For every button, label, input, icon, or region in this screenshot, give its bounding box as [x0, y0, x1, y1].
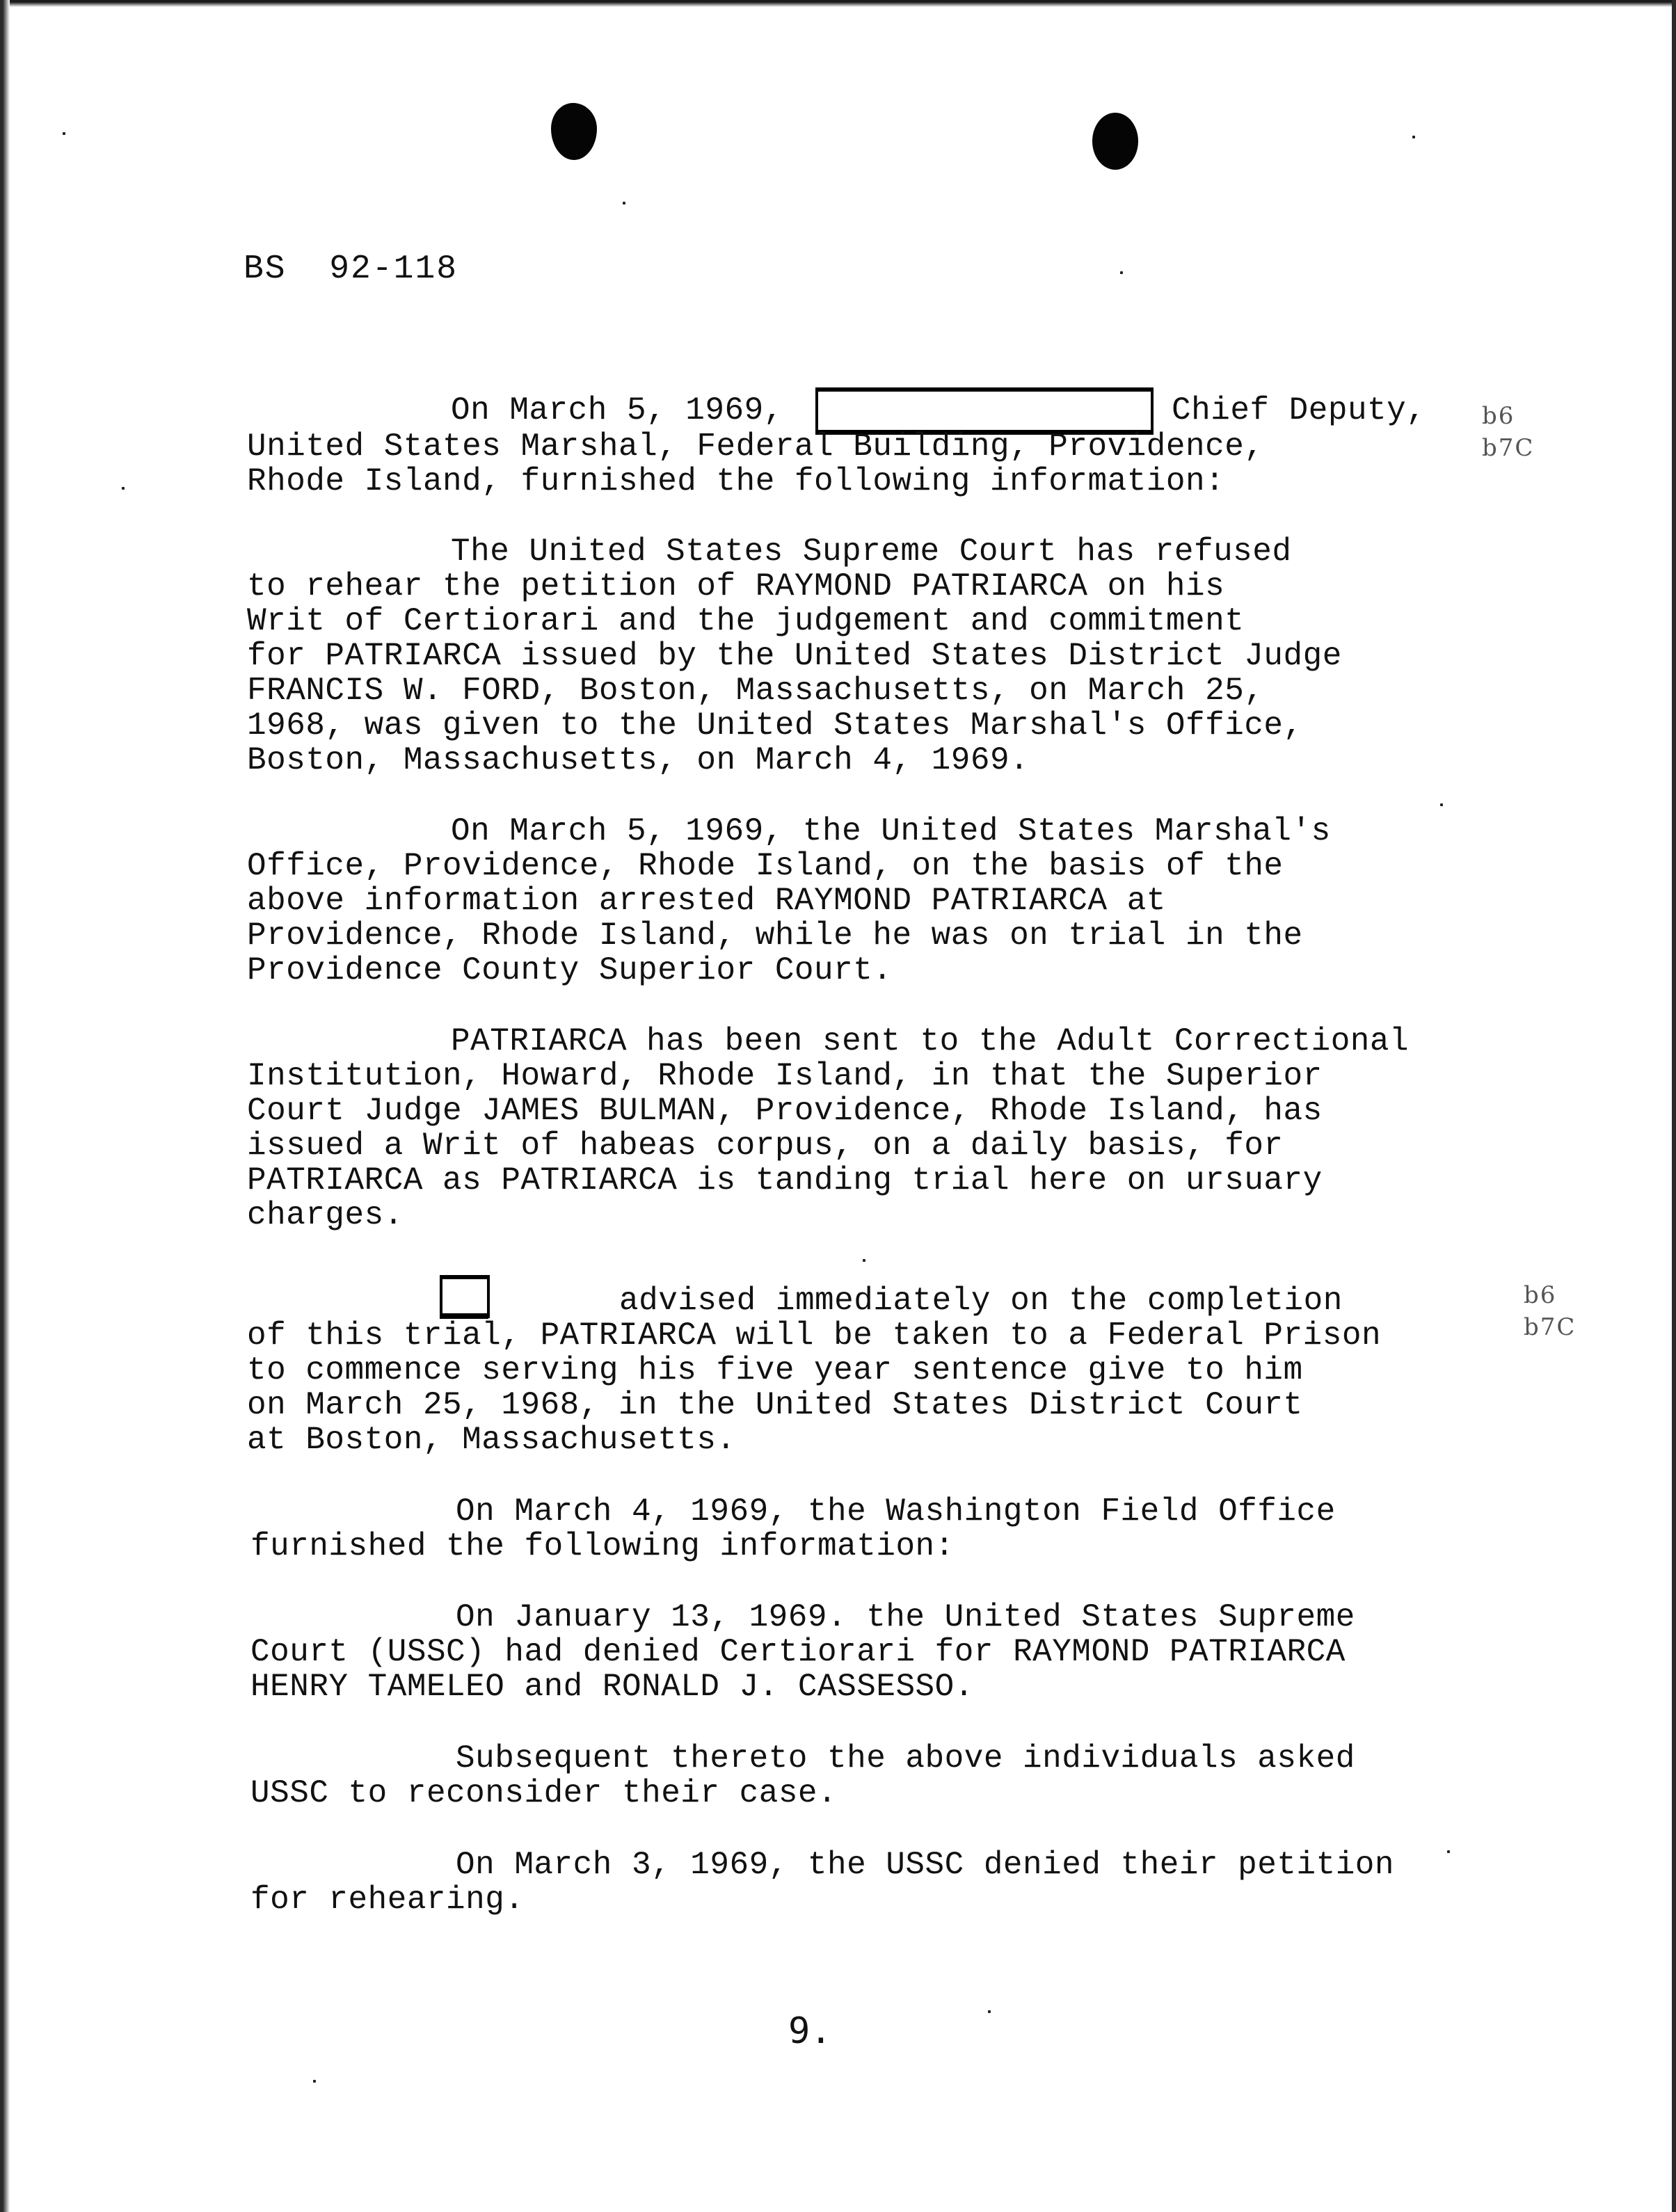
punch-hole-right — [1092, 113, 1138, 170]
line-text: United States Marshal, Federal Building,… — [247, 429, 1263, 464]
line-text: PATRIARCA as PATRIARCA is tanding trial … — [247, 1163, 1323, 1198]
document-page: BS 92-118 On March 5, 1969, Chief Deputy… — [0, 0, 1676, 2212]
line-text: 1968, was given to the United States Mar… — [247, 708, 1303, 743]
line-text: USSC to reconsider their case. — [250, 1776, 837, 1811]
scan-speck — [623, 202, 625, 205]
line-text: On March 5, 1969, — [451, 393, 783, 428]
scan-speck — [313, 2080, 316, 2083]
punch-hole-left — [551, 103, 597, 160]
line-text: Chief Deputy, — [1172, 393, 1426, 428]
line-text: at Boston, Massachusetts. — [247, 1422, 736, 1457]
line-text: for PATRIARCA issued by the United State… — [247, 639, 1342, 673]
line-text: PATRIARCA has been sent to the Adult Cor… — [451, 1024, 1409, 1059]
scan-speck — [988, 2010, 991, 2013]
line-text: to commence serving his five year senten… — [247, 1353, 1303, 1388]
scan-speck — [122, 487, 125, 490]
scan-speck — [1447, 1850, 1450, 1853]
exemption-code: b7C — [1524, 1313, 1576, 1341]
exemption-code: b6 — [1482, 402, 1515, 430]
line-text: issued a Writ of habeas corpus, on a dai… — [247, 1128, 1284, 1163]
line-text: above information arrested RAYMOND PATRI… — [247, 883, 1166, 918]
line-text: of this trial, PATRIARCA will be taken t… — [247, 1318, 1381, 1353]
line-text: Rhode Island, furnished the following in… — [247, 464, 1224, 499]
scan-speck — [1440, 803, 1443, 806]
line-text: The United States Supreme Court has refu… — [451, 534, 1292, 569]
exemption-code: b6 — [1524, 1281, 1556, 1309]
scan-speck — [863, 1259, 865, 1262]
file-number: BS 92-118 — [244, 250, 458, 288]
line-text: advised immediately on the completion — [619, 1283, 1343, 1318]
line-text: Writ of Certiorari and the judgement and… — [247, 604, 1244, 639]
line-text: Court (USSC) had denied Certiorari for R… — [250, 1635, 1346, 1669]
line-text: for rehearing. — [250, 1882, 524, 1917]
redaction-box — [815, 387, 1154, 435]
line-text: furnished the following information: — [250, 1529, 955, 1564]
line-text: Boston, Massachusetts, on March 4, 1969. — [247, 743, 1029, 778]
line-text: FRANCIS W. FORD, Boston, Massachusetts, … — [247, 673, 1263, 708]
scan-speck — [1412, 136, 1415, 138]
line-text: On March 4, 1969, the Washington Field O… — [456, 1494, 1336, 1529]
scan-edge-top — [0, 0, 1676, 7]
line-text: Providence County Superior Court. — [247, 953, 892, 988]
line-text: HENRY TAMELEO and RONALD J. CASSESSO. — [250, 1669, 974, 1704]
line-text: Subsequent thereto the above individuals… — [456, 1741, 1355, 1776]
line-text: charges. — [247, 1198, 404, 1233]
page-number: 9. — [788, 2010, 832, 2052]
scan-edge-right — [1672, 0, 1676, 2212]
line-text: to rehear the petition of RAYMOND PATRIA… — [247, 569, 1224, 604]
line-text: Institution, Howard, Rhode Island, in th… — [247, 1059, 1323, 1093]
line-text: on March 25, 1968, in the United States … — [247, 1388, 1303, 1422]
line-text: Providence, Rhode Island, while he was o… — [247, 918, 1303, 953]
scan-edge-left — [0, 0, 10, 2212]
line-text: On March 3, 1969, the USSC denied their … — [456, 1848, 1394, 1882]
line-text: On January 13, 1969. the United States S… — [456, 1600, 1355, 1635]
scan-speck — [1120, 271, 1123, 274]
exemption-code: b7C — [1482, 434, 1534, 462]
line-text: On March 5, 1969, the United States Mars… — [451, 814, 1331, 849]
scan-speck — [63, 132, 65, 135]
line-text: Court Judge JAMES BULMAN, Providence, Rh… — [247, 1093, 1323, 1128]
line-text: Office, Providence, Rhode Island, on the… — [247, 849, 1284, 883]
redaction-box — [440, 1275, 490, 1318]
